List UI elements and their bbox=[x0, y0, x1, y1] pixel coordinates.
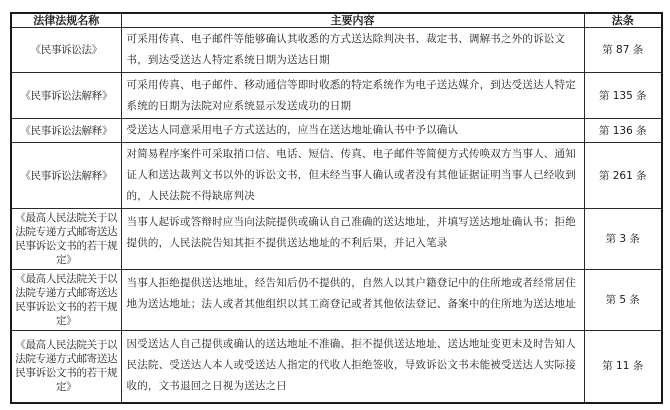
table-row: 《最高人民法院关于以法院专递方式邮寄送达民事诉讼文书的若干规定》 当事人起诉或答… bbox=[11, 209, 662, 270]
header-law-name: 法律法规名称 bbox=[11, 13, 121, 28]
law-name-cell: 《最高人民法院关于以法院专递方式邮寄送达民事诉讼文书的若干规定》 bbox=[11, 270, 121, 331]
content-cell: 受送达人同意采用电子方式送达的，应当在送达地址确认书中予以确认 bbox=[121, 119, 584, 143]
table-row: 《最高人民法院关于以法院专递方式邮寄送达民事诉讼文书的若干规定》 当事人拒绝提供… bbox=[11, 270, 662, 331]
law-name-cell: 《最高人民法院关于以法院专递方式邮寄送达民事诉讼文书的若干规定》 bbox=[11, 209, 121, 270]
table-row: 《最高人民法院关于以法院专递方式邮寄送达民事诉讼文书的若干规定》 因受送达人自己… bbox=[11, 331, 662, 403]
article-cell: 第 261 条 bbox=[584, 143, 662, 209]
law-name-cell: 《最高人民法院关于以法院专递方式邮寄送达民事诉讼文书的若干规定》 bbox=[11, 331, 121, 403]
law-name-cell: 《民事诉讼法解释》 bbox=[11, 73, 121, 119]
article-cell: 第 11 条 bbox=[584, 331, 662, 403]
table-header-row: 法律法规名称 主要内容 法条 bbox=[11, 13, 662, 28]
article-cell: 第 135 条 bbox=[584, 73, 662, 119]
table-row: 《民事诉讼法》 可采用传真、电子邮件等能够确认其收悉的方式送达除判决书、裁定书、… bbox=[11, 28, 662, 73]
content-cell: 当事人拒绝提供送达地址，经告知后仍不提供的，自然人以其户籍登记中的住所地或者经常… bbox=[121, 270, 584, 331]
content-cell: 对简易程序案件可采取捎口信、电话、短信、传真、电子邮件等简便方式传唤双方当事人、… bbox=[121, 143, 584, 209]
content-cell: 可采用传真、电子邮件等能够确认其收悉的方式送达除判决书、裁定书、调解书之外的诉讼… bbox=[121, 28, 584, 73]
law-provisions-table: 法律法规名称 主要内容 法条 《民事诉讼法》 可采用传真、电子邮件等能够确认其收… bbox=[10, 12, 663, 404]
article-cell: 第 87 条 bbox=[584, 28, 662, 73]
article-cell: 第 3 条 bbox=[584, 209, 662, 270]
table-row: 《民事诉讼法解释》 受送达人同意采用电子方式送达的，应当在送达地址确认书中予以确… bbox=[11, 119, 662, 143]
article-cell: 第 136 条 bbox=[584, 119, 662, 143]
law-name-cell: 《民事诉讼法解释》 bbox=[11, 143, 121, 209]
table-row: 《民事诉讼法解释》 对简易程序案件可采取捎口信、电话、短信、传真、电子邮件等简便… bbox=[11, 143, 662, 209]
table-row: 《民事诉讼法解释》 可采用传真、电子邮件、移动通信等即时收悉的特定系统作为电子送… bbox=[11, 73, 662, 119]
header-main-content: 主要内容 bbox=[121, 13, 584, 28]
header-article: 法条 bbox=[584, 13, 662, 28]
law-name-cell: 《民事诉讼法解释》 bbox=[11, 119, 121, 143]
content-cell: 当事人起诉或答辩时应当向法院提供或确认自己准确的送达地址，并填写送达地址确认书；… bbox=[121, 209, 584, 270]
content-cell: 因受送达人自己提供或确认的送达地址不准确、拒不提供送达地址、送达地址变更未及时告… bbox=[121, 331, 584, 403]
article-cell: 第 5 条 bbox=[584, 270, 662, 331]
content-cell: 可采用传真、电子邮件、移动通信等即时收悉的特定系统作为电子送达媒介，到达受送达人… bbox=[121, 73, 584, 119]
law-name-cell: 《民事诉讼法》 bbox=[11, 28, 121, 73]
